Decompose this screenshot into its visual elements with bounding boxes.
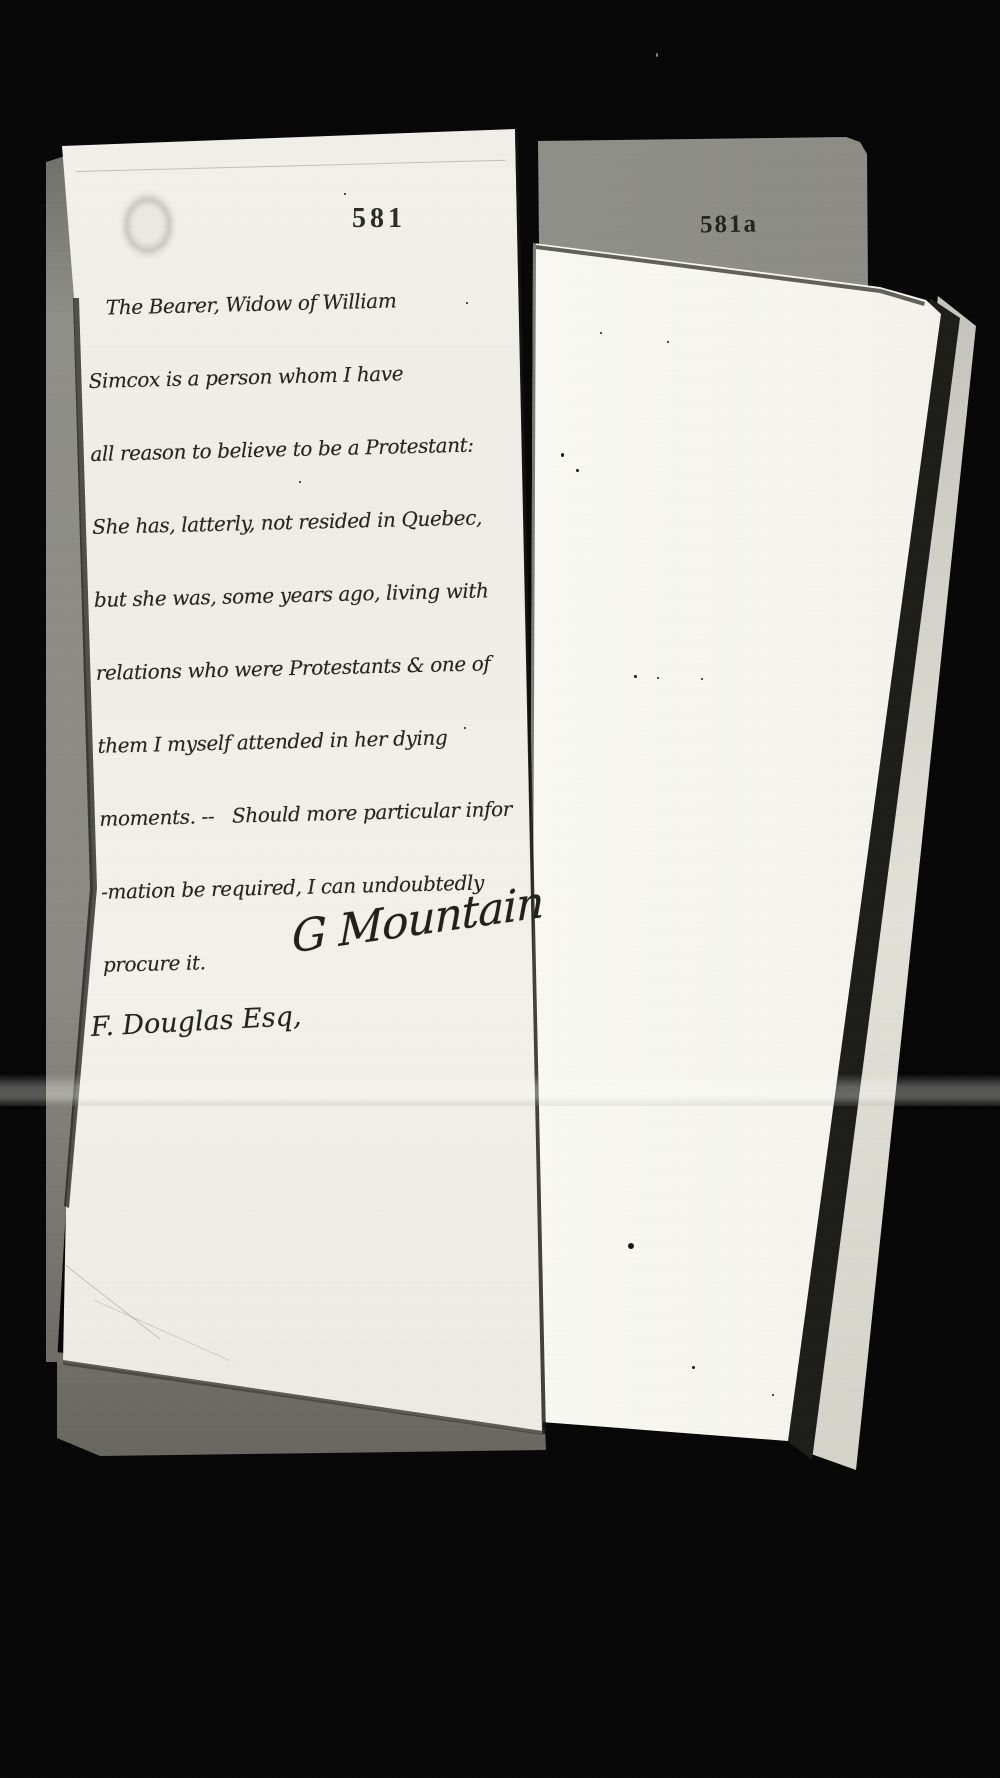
microfilm-scan: 581a 581 The Bearer, Widow of William Si…	[0, 0, 1000, 1778]
ink-speck	[628, 1243, 634, 1249]
ink-speck	[97, 457, 99, 459]
ink-speck	[600, 332, 602, 334]
ink-speck	[561, 453, 564, 457]
film-exposure-band	[0, 1074, 1000, 1106]
ink-speck	[772, 1394, 774, 1396]
letter-line: all reason to believe to be a Protestant…	[90, 407, 532, 491]
ink-speck	[576, 469, 579, 472]
letter-line: The Bearer, Widow of William	[86, 261, 528, 345]
ink-speck	[692, 1366, 695, 1369]
letter-line: moments. -- Should more particular infor	[98, 772, 540, 856]
letter-line: relations who were Protestants & one of	[95, 626, 537, 710]
ink-speck	[667, 341, 669, 343]
ink-speck	[464, 727, 466, 729]
letter-line: Simcox is a person whom I have	[88, 334, 530, 418]
ink-speck	[299, 481, 301, 483]
paper-stain	[111, 181, 185, 269]
page-number-581a: 581a	[700, 210, 758, 239]
ink-speck	[466, 302, 468, 304]
ink-speck	[701, 678, 703, 680]
letter-line: them I myself attended in her dying	[97, 699, 539, 783]
ink-speck	[344, 193, 346, 195]
letter-line: but she was, some years ago, living with	[93, 553, 535, 637]
letter-line: She has, latterly, not resided in Quebec…	[91, 480, 533, 564]
dust-speck	[656, 53, 658, 57]
ink-speck	[634, 675, 637, 678]
page-number-581: 581	[352, 203, 406, 235]
ink-speck	[657, 677, 659, 679]
